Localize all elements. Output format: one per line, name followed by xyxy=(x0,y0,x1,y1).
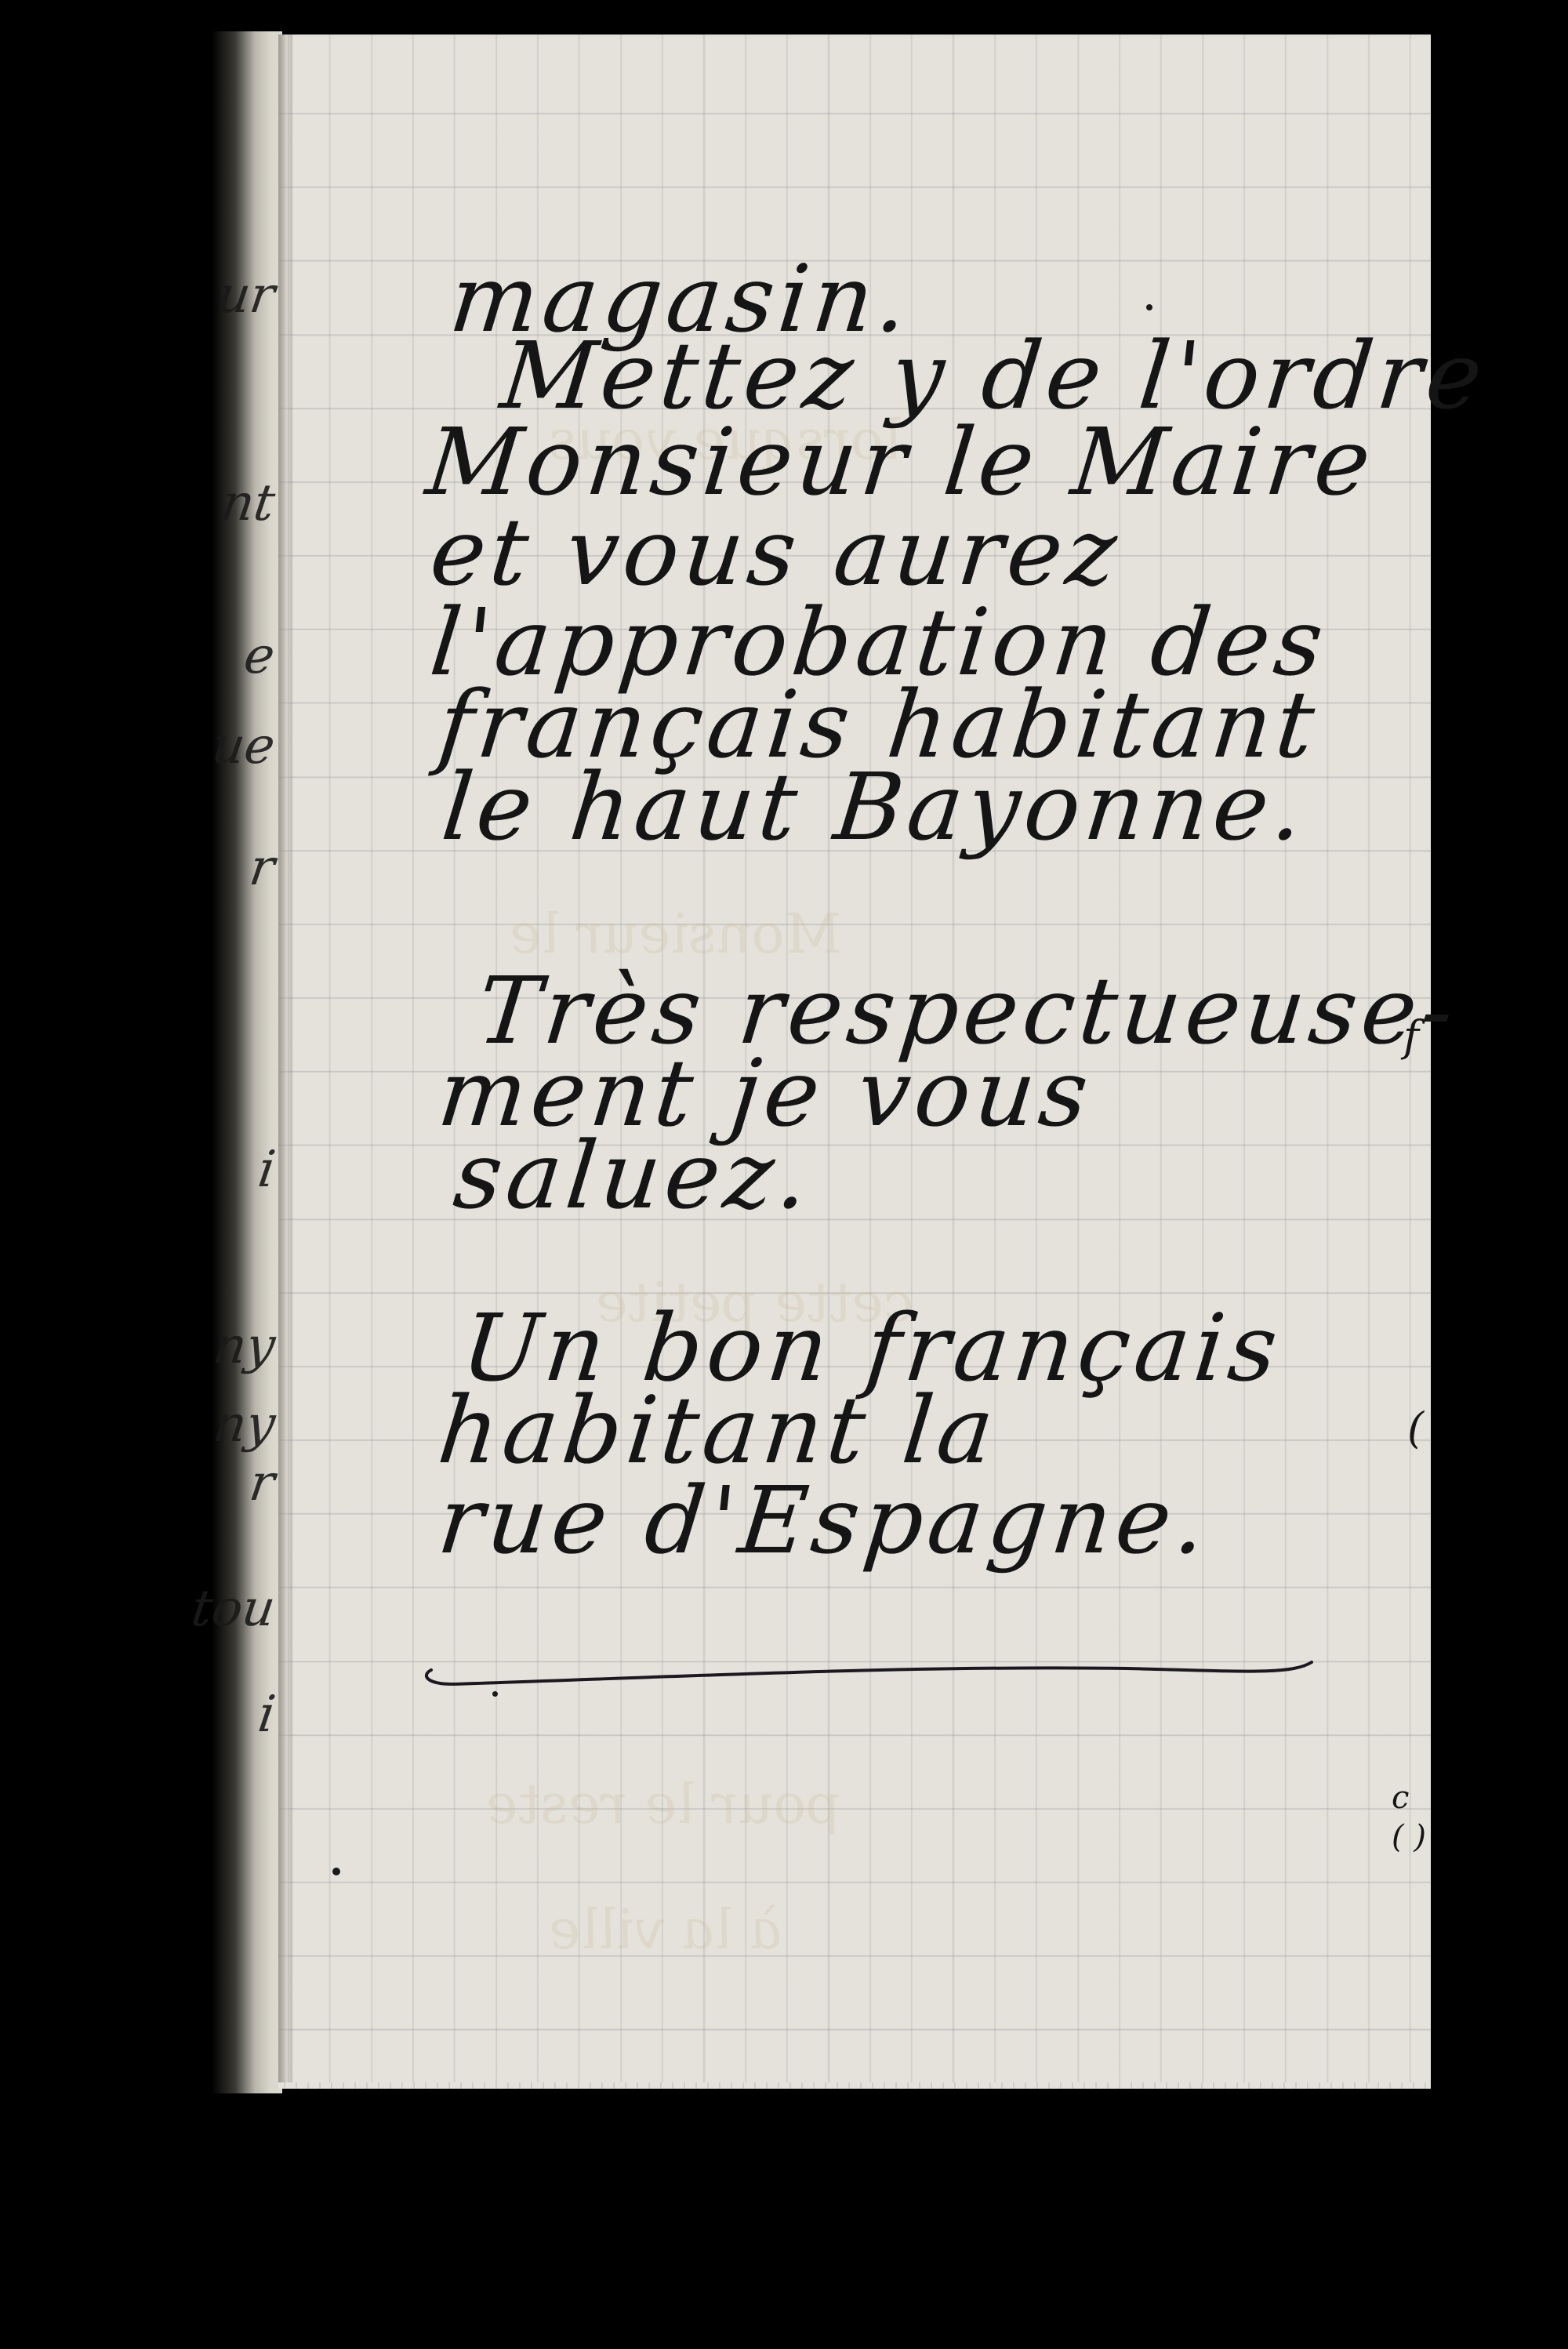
letter-line: rue d'Espagne. xyxy=(434,1474,1215,1567)
ink-blot xyxy=(332,1868,340,1875)
signature-underline xyxy=(422,1661,1323,1692)
margin-mark: c xyxy=(1392,1780,1409,1816)
letter-line: le haut Bayonne. xyxy=(438,761,1312,853)
torn-bottom-edge xyxy=(278,2082,1431,2089)
left-page-fragment: nt xyxy=(218,474,278,532)
letter-line: Monsieur le Maire xyxy=(423,416,1380,508)
ink-dot xyxy=(492,1691,498,1697)
ink-dot xyxy=(1146,304,1152,310)
left-page-fragment: ue xyxy=(209,717,278,775)
margin-mark: ( ) xyxy=(1392,1819,1426,1855)
letter-line: et vous aurez xyxy=(426,506,1126,598)
previous-page-edge xyxy=(0,31,282,2093)
margin-mark: ( xyxy=(1407,1403,1424,1453)
scanned-document: ur nt e ue r i ny ny r tou i lorsque vou… xyxy=(0,0,1568,2349)
margin-mark: f xyxy=(1403,1011,1419,1061)
left-page-fragment: ny xyxy=(209,1396,278,1454)
letter-line: habitant la xyxy=(434,1384,1003,1476)
left-page-fragment: ur xyxy=(214,267,278,325)
page-fold-crease xyxy=(278,34,292,2087)
left-page-fragment: tou xyxy=(187,1580,278,1638)
left-page-fragment: ny xyxy=(209,1317,278,1375)
letter-line: saluez. xyxy=(450,1129,818,1222)
